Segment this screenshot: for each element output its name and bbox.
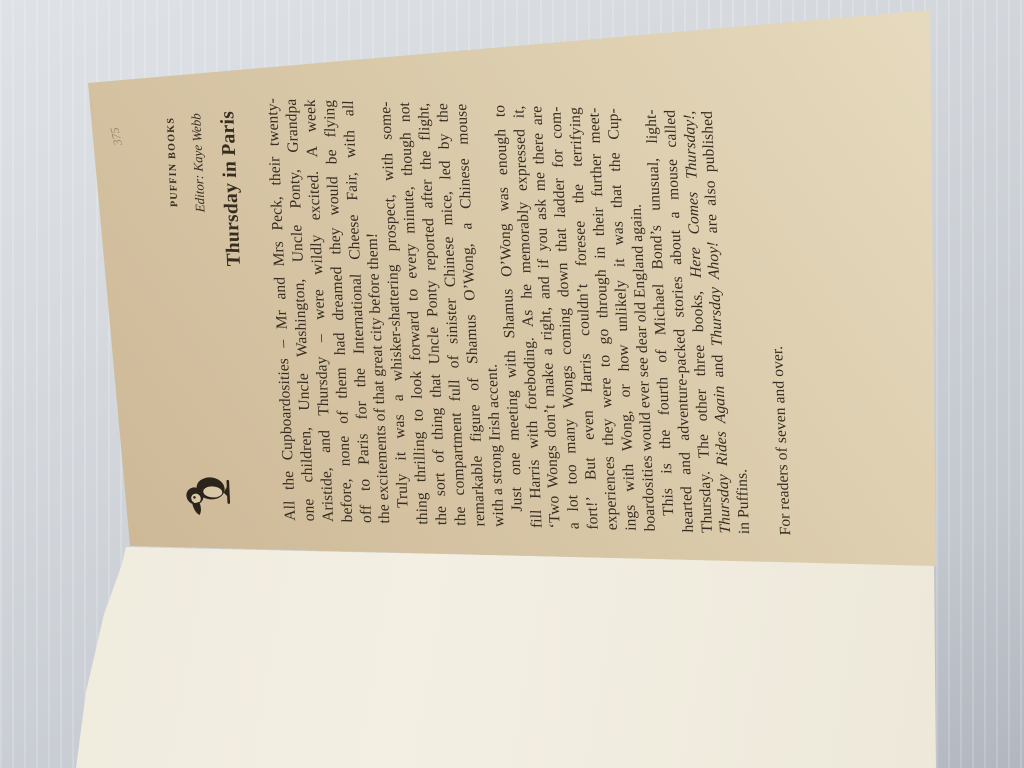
book-photo: 375 PUFFIN BOOKS Editor: Kaye Webb Thurs… — [0, 0, 1024, 768]
puffin-logo-icon — [182, 466, 232, 519]
body-segment: in Puffins. — [734, 469, 754, 535]
readers-note: For readers of seven and over. — [759, 113, 796, 536]
body-segment: , — [680, 110, 697, 114]
page-content: 375 PUFFIN BOOKS Editor: Kaye Webb Thurs… — [115, 85, 947, 569]
book-title: Thursday in Paris — [217, 111, 246, 267]
pencil-mark: 375 — [107, 126, 126, 146]
editor-line: Editor: Kaye Webb — [188, 113, 208, 213]
body-segment: and — [709, 346, 728, 386]
body-text: All the Cupboardosities – Mr and Mrs Pec… — [264, 98, 797, 536]
imprint-label: PUFFIN BOOKS — [165, 117, 180, 208]
book-title-reference: Thursday Ahoy! — [705, 241, 727, 346]
